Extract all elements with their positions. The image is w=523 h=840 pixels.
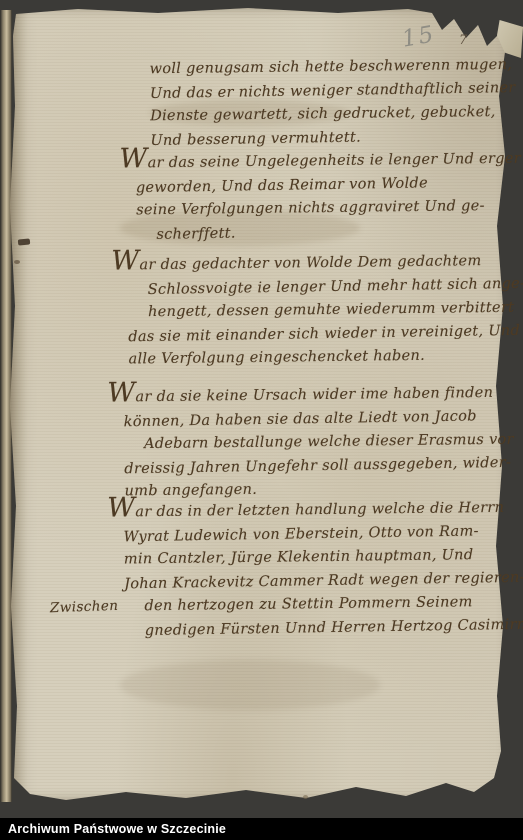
manuscript-text-layer: 15 7 woll genugsam sich hette beschweren… xyxy=(0,0,523,840)
archive-name: Archiwum Państwowe w Szczecinie xyxy=(0,822,226,836)
manuscript-paragraph: War das in der letzten handlung welche d… xyxy=(123,495,523,643)
manuscript-paragraph: War da sie keine Ursach wider ime haben … xyxy=(123,380,514,504)
archive-footer-bar: Archiwum Państwowe w Szczecinie xyxy=(0,818,523,840)
manuscript-paragraph: woll genugsam sich hette beschwerenn mug… xyxy=(149,54,516,152)
archival-scan: 15 7 woll genugsam sich hette beschweren… xyxy=(0,0,523,840)
margin-note: Zwischen xyxy=(50,598,119,616)
manuscript-paragraph: War das seine Ungelegenheits ie lenger U… xyxy=(135,146,521,247)
manuscript-paragraph: War das gedachter von Wolde Dem gedachte… xyxy=(127,248,523,372)
ink-folio-number: 7 xyxy=(459,33,467,48)
pencil-folio-number: 15 xyxy=(400,21,437,52)
